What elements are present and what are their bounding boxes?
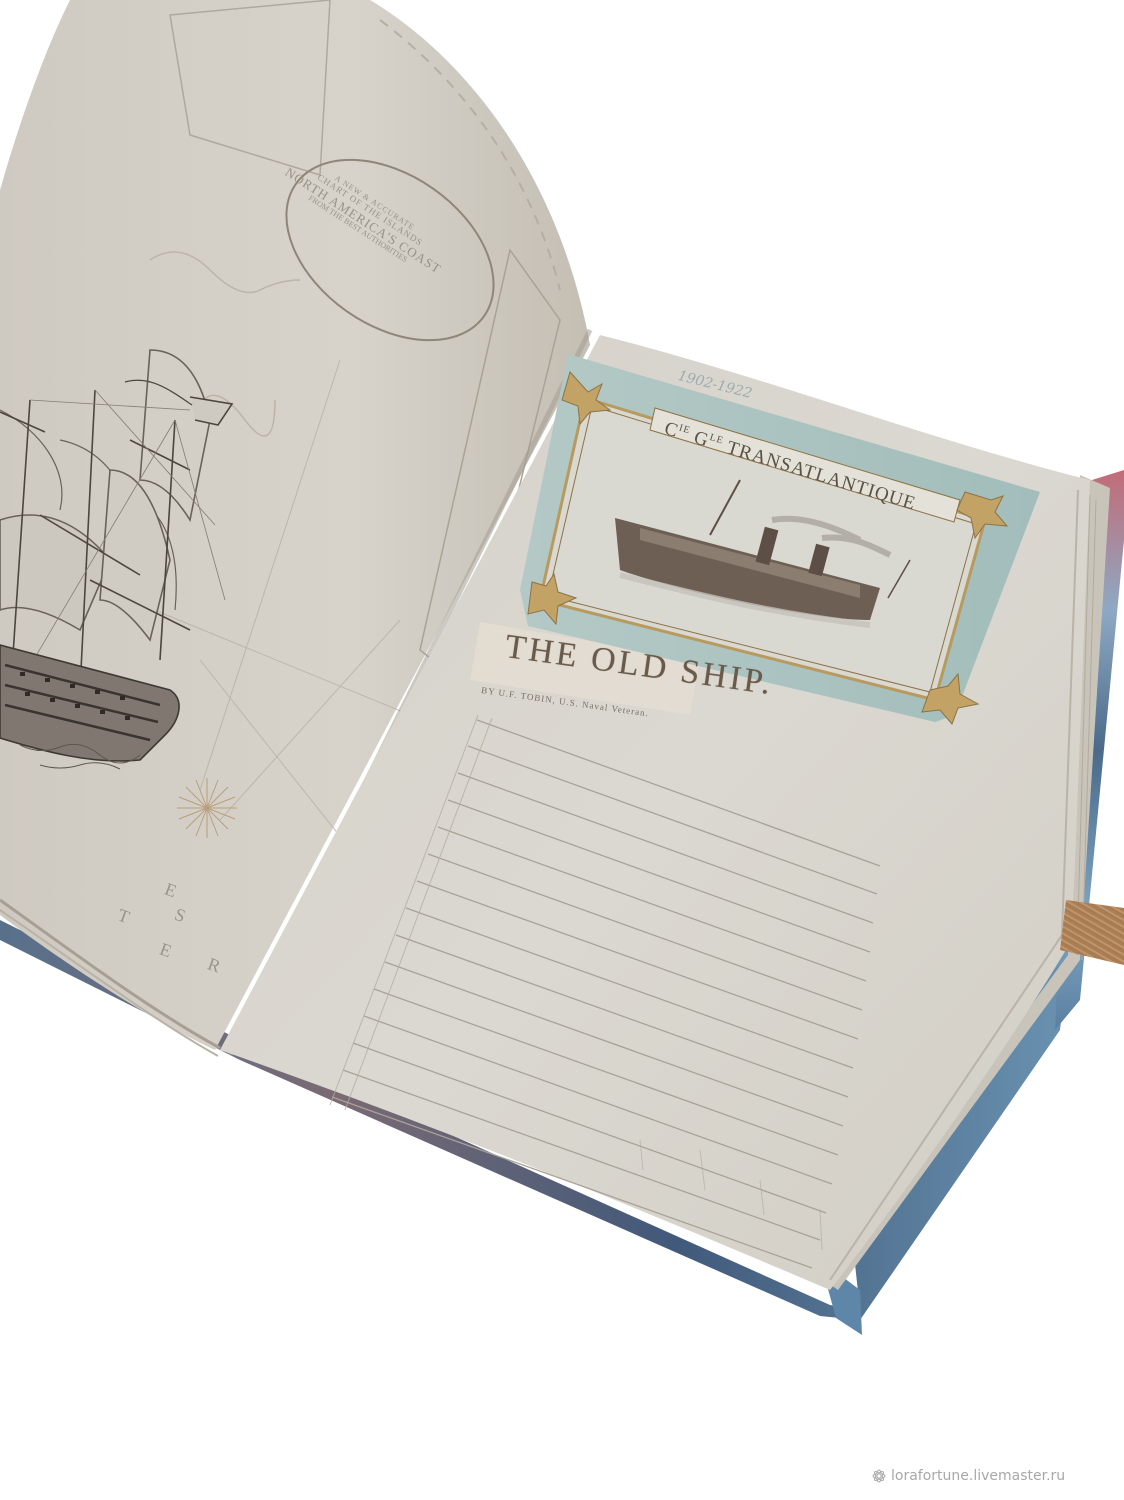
notebook-photo: A NEW & ACCURATE CHART OF THE ISLANDS NO…	[0, 0, 1124, 1500]
watermark-text: lorafortune.livemaster.ru	[891, 1468, 1065, 1484]
watermark: lorafortune.livemaster.ru	[872, 1466, 1065, 1486]
compass-rose-icon	[177, 778, 237, 838]
flower-logo-icon	[872, 1469, 886, 1483]
notebook-illustration	[0, 0, 1124, 1500]
